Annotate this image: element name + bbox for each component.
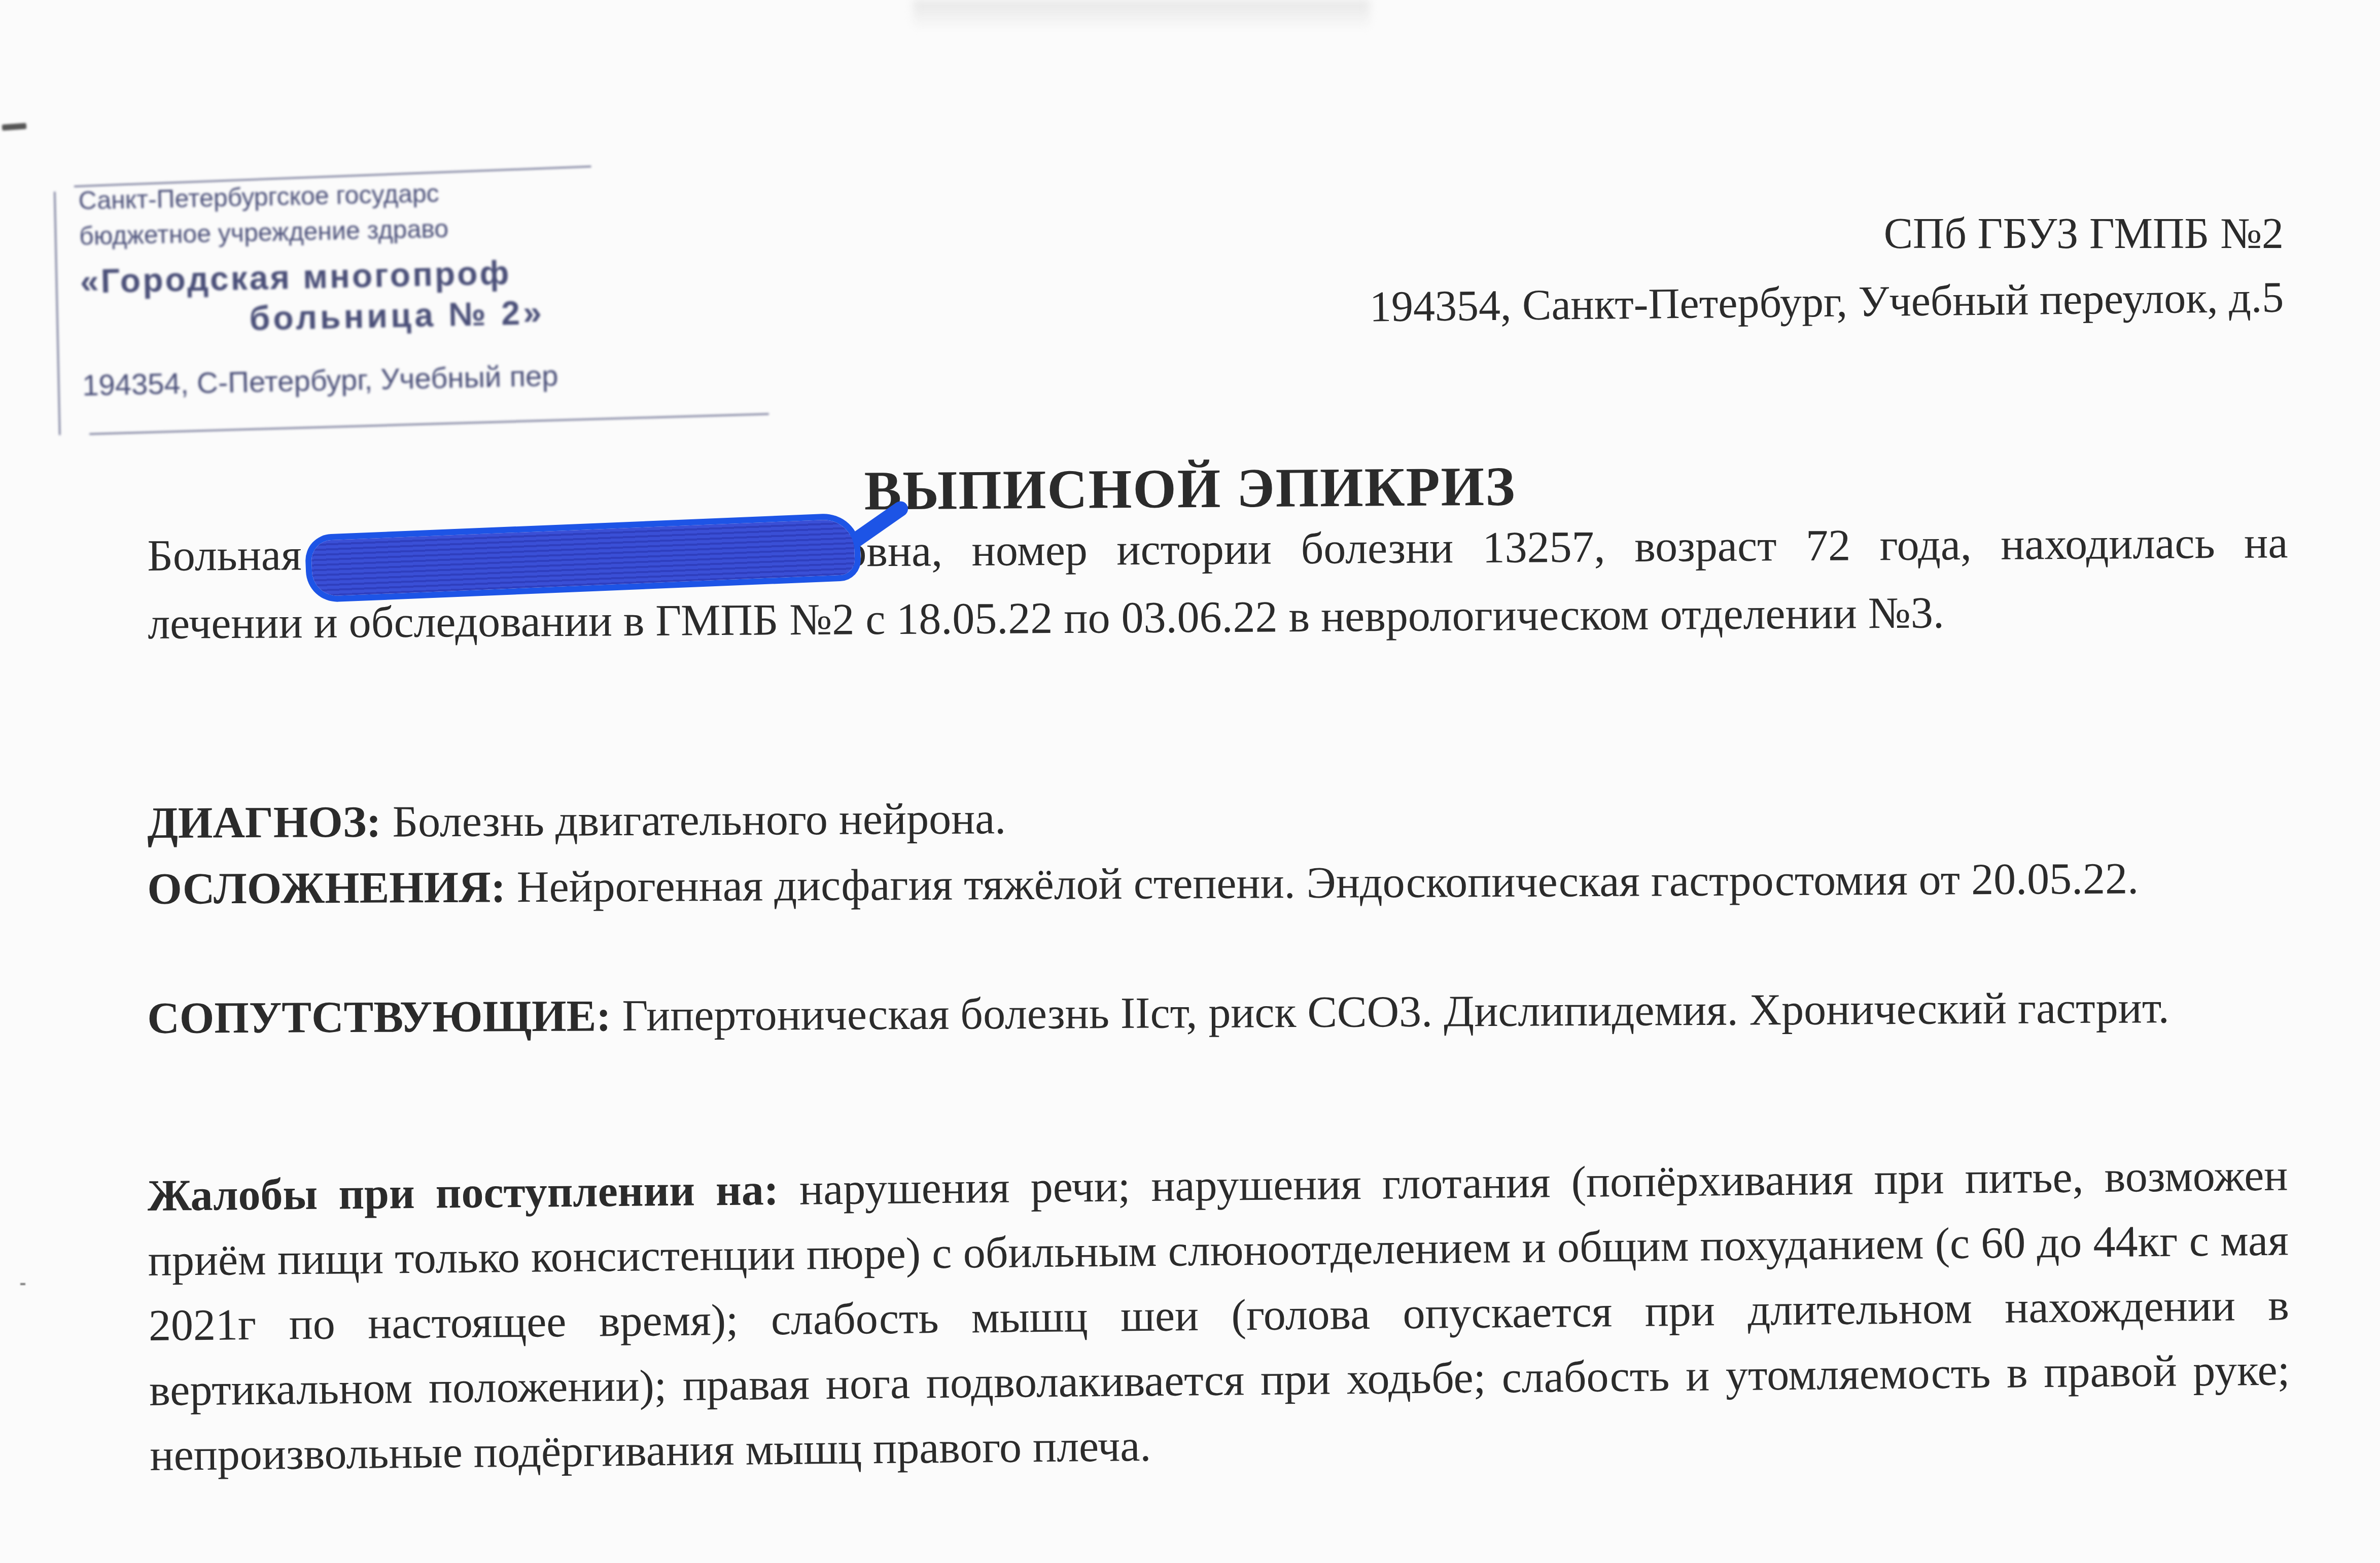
diagnosis-section: ДИАГНОЗ: Болезнь двигательного нейрона.: [147, 780, 2288, 856]
margin-mark: [2, 123, 27, 130]
intro-prefix: Больная: [147, 530, 302, 581]
complications-section: ОСЛОЖНЕНИЯ: Нейрогенная дисфагия тяжёлой…: [147, 846, 2288, 922]
complaints-label: Жалобы при поступлении на:: [147, 1165, 779, 1221]
organization-address: 194354, Санкт-Петербург, Учебный переуло…: [1369, 272, 2284, 332]
stamp-border-bottom: [89, 413, 768, 435]
complications-text: Нейрогенная дисфагия тяжёлой степени. Эн…: [506, 854, 2139, 912]
patient-name-suffix: овна: [844, 527, 931, 577]
stamp-line: 194354, С-Петербург, Учебный пер: [82, 359, 559, 403]
redacted-patient-name: [311, 519, 856, 597]
hospital-stamp: Санкт-Петербургское государс бюджетное у…: [53, 146, 779, 445]
organization-name: СПб ГБУЗ ГМПБ №2: [1884, 208, 2284, 259]
stamp-border-left: [54, 192, 60, 435]
diagnosis-label: ДИАГНОЗ:: [147, 798, 381, 848]
concomitant-text: Гипертоническая болезнь IIст, риск ССО3.…: [611, 983, 2169, 1041]
stamp-line: бюджетное учреждение здраво: [79, 214, 449, 251]
concomitant-section: СОПУТСТВУЮЩИЕ: Гипертоническая болезнь I…: [147, 975, 2288, 1051]
diagnosis-text: Болезнь двигательного нейрона.: [381, 794, 1006, 846]
stamp-line: больница № 2»: [249, 293, 545, 338]
page-edge-shadow: [913, 0, 1370, 30]
complications-label: ОСЛОЖНЕНИЯ:: [147, 863, 506, 914]
stamp-line: «Городская многопроф: [80, 253, 511, 301]
concomitant-label: СОПУТСТВУЮЩИЕ:: [147, 991, 611, 1043]
complaints-section: Жалобы при поступлении на: нарушения реч…: [147, 1143, 2291, 1488]
margin-mark: [20, 1283, 25, 1285]
patient-intro: Больнаяовна, номер истории болезни 13257…: [147, 509, 2289, 658]
